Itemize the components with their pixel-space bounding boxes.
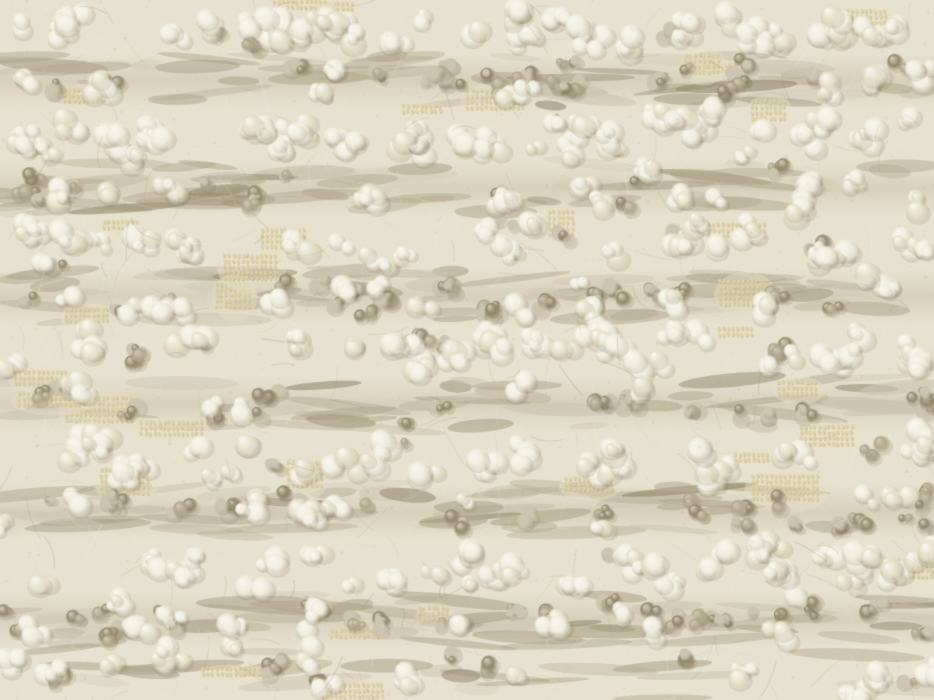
boucle-fabric-texture-image <box>0 0 934 700</box>
photo-viewport <box>0 0 934 700</box>
